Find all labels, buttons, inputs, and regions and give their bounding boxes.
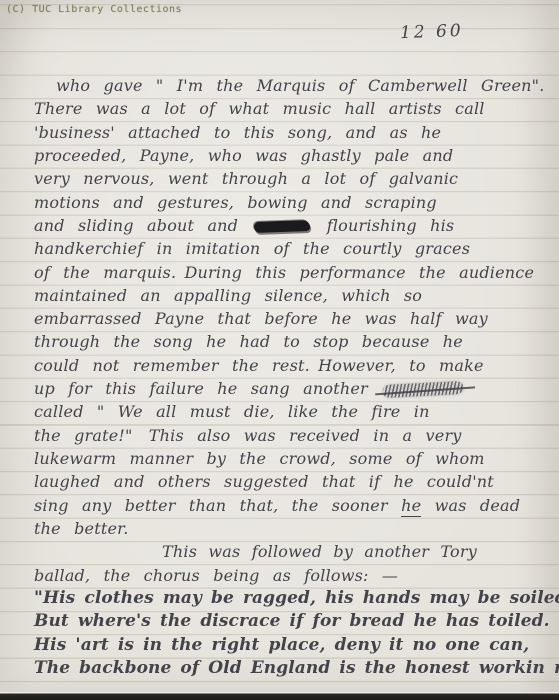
handwritten-text: motions and gestures, bowing and scrapin… [34, 193, 437, 212]
manuscript-line: This was followed by another Tory [30, 540, 552, 563]
manuscript-line: 'business' attached to this song, and as… [30, 121, 552, 144]
handwritten-text: embarrassed Payne that before he was hal… [34, 309, 488, 328]
manuscript-line: lukewarm manner by the crowd, some of wh… [30, 447, 552, 470]
handwritten-text: laughed and others suggested that if he … [34, 472, 494, 491]
handwritten-text: the better. [34, 519, 129, 538]
handwritten-text: maintained an appalling silence, which s… [34, 286, 422, 305]
manuscript-line: could not remember the rest. However, to… [30, 354, 552, 377]
handwritten-text: of the marquis. During this performance … [34, 263, 534, 282]
manuscript-line: The backbone of Old England is the hones… [30, 657, 552, 680]
handwritten-text: called " We all must die, like the fire … [34, 402, 430, 421]
handwritten-text: handkerchief in imitation of the courtly… [34, 239, 470, 258]
manuscript-line: But where's the discrace if for bread he… [30, 610, 552, 633]
manuscript-line: "His clothes may be ragged, his hands ma… [30, 587, 552, 610]
handwritten-text: The backbone of Old England is the hones… [34, 658, 559, 678]
manuscript-line: very nervous, went through a lot of galv… [30, 167, 552, 190]
manuscript-line: motions and gestures, bowing and scrapin… [30, 191, 552, 214]
handwritten-text: was dead [421, 496, 520, 515]
handwritten-text: This was followed by another Tory [162, 542, 477, 561]
struck-out-words-scribble [383, 381, 464, 398]
manuscript-line: maintained an appalling silence, which s… [30, 284, 552, 307]
handwritten-text: through the song he had to stop because … [34, 332, 463, 351]
manuscript-line: sing any better than that, the sooner he… [30, 494, 552, 517]
manuscript-line: embarrassed Payne that before he was hal… [30, 307, 552, 330]
manuscript-line: the better. [30, 517, 552, 540]
manuscript-line: the grate!" This also was received in a … [30, 424, 552, 447]
manuscript-line: of the marquis. During this performance … [30, 261, 552, 284]
manuscript-line: laughed and others suggested that if he … [30, 470, 552, 493]
manuscript-line: through the song he had to stop because … [30, 330, 552, 353]
handwritten-text: who gave " I'm the Marquis of Camberwell… [56, 76, 545, 95]
manuscript-line: proceeded, Payne, who was ghastly pale a… [30, 144, 552, 167]
handwritten-text: the grate!" This also was received in a … [34, 426, 462, 445]
library-watermark: (C) TUC Library Collections [6, 4, 182, 15]
manuscript-line: ballad, the chorus being as follows: — [30, 564, 552, 587]
handwritten-text: sing any better than that, the sooner [34, 496, 401, 515]
handwritten-text: ballad, the chorus being as follows: — [34, 566, 398, 585]
handwritten-text: lukewarm manner by the crowd, some of wh… [34, 449, 485, 468]
manuscript-line: There was a lot of what music hall artis… [30, 97, 552, 120]
handwritten-text: proceeded, Payne, who was ghastly pale a… [34, 146, 453, 165]
handwritten-text: There was a lot of what music hall artis… [34, 99, 485, 118]
handwritten-text: very nervous, went through a lot of galv… [34, 169, 458, 188]
scribbled-out-word-blot [254, 220, 310, 233]
handwritten-text: 'business' attached to this song, and as… [34, 123, 441, 142]
handwritten-text: flourishing his [313, 216, 454, 235]
manuscript-line: and sliding about and flourishing his [30, 214, 552, 237]
handwritten-text: could not remember the rest. However, to… [34, 356, 484, 375]
manuscript-page: (C) TUC Library Collections 12 60 who ga… [0, 0, 559, 700]
underlined-word: he [401, 496, 421, 517]
manuscript-lines: who gave " I'm the Marquis of Camberwell… [30, 74, 552, 680]
handwritten-text: up for this failure he sang another [34, 379, 381, 398]
manuscript-line: called " We all must die, like the fire … [30, 400, 552, 423]
manuscript-line: handkerchief in imitation of the courtly… [30, 237, 552, 260]
manuscript-line: who gave " I'm the Marquis of Camberwell… [30, 74, 552, 97]
manuscript-line: His 'art is in the right place, deny it … [30, 634, 552, 657]
handwritten-text: and sliding about and [34, 216, 251, 235]
handwritten-text: His 'art is in the right place, deny it … [34, 635, 529, 655]
scan-bottom-edge-shadow [0, 692, 559, 700]
handwritten-text: But where's the discrace if for bread he… [34, 611, 550, 631]
page-number: 12 60 [400, 21, 464, 43]
manuscript-line: up for this failure he sang another [30, 377, 552, 400]
handwritten-text: "His clothes may be ragged, his hands ma… [34, 588, 559, 608]
